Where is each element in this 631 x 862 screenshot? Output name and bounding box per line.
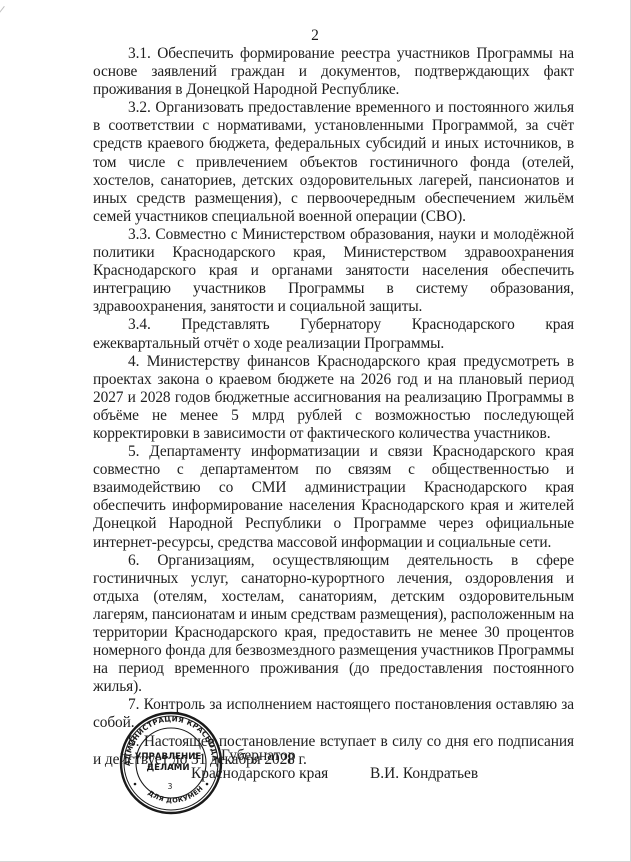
signature-title-line-1: Губернатор bbox=[221, 747, 296, 765]
paragraph-5: 5. Департаменту информатизации и связи К… bbox=[93, 443, 574, 552]
stamp-center-line-2: ДЕЛАМИ bbox=[146, 763, 189, 773]
page-number: 2 bbox=[0, 27, 630, 45]
paragraph-6: 6. Организациям, осуществляющим деятельн… bbox=[93, 552, 574, 697]
paragraph-3-2: 3.2. Организовать предоставление временн… bbox=[93, 99, 574, 226]
paragraph-3-3: 3.3. Совместно с Министерством образован… bbox=[93, 226, 574, 316]
official-seal-stamp: АДМИНИСТРАЦИЯ КРАСНОДАРСКОГО КРАЯ ДЛЯ ДО… bbox=[118, 710, 224, 816]
signature-title-line-2: Краснодарского края bbox=[191, 765, 328, 783]
paragraph-3-4: 3.4. Представлять Губернатору Краснодарс… bbox=[93, 316, 574, 352]
paragraph-4: 4. Министерству финансов Краснодарского … bbox=[93, 353, 574, 443]
stamp-center-line-1: УПРАВЛЕНИЕ bbox=[135, 752, 202, 762]
seal-icon: АДМИНИСТРАЦИЯ КРАСНОДАРСКОГО КРАЯ ДЛЯ ДО… bbox=[118, 710, 224, 816]
stamp-number: 3 bbox=[168, 782, 173, 791]
document-body: 3.1. Обеспечить формирование реестра уча… bbox=[93, 45, 574, 769]
signatory-name: В.И. Кондратьев bbox=[370, 765, 478, 783]
paragraph-3-1: 3.1. Обеспечить формирование реестра уча… bbox=[93, 45, 574, 99]
document-page: 2 3.1. Обеспечить формирование реестра у… bbox=[0, 0, 631, 862]
